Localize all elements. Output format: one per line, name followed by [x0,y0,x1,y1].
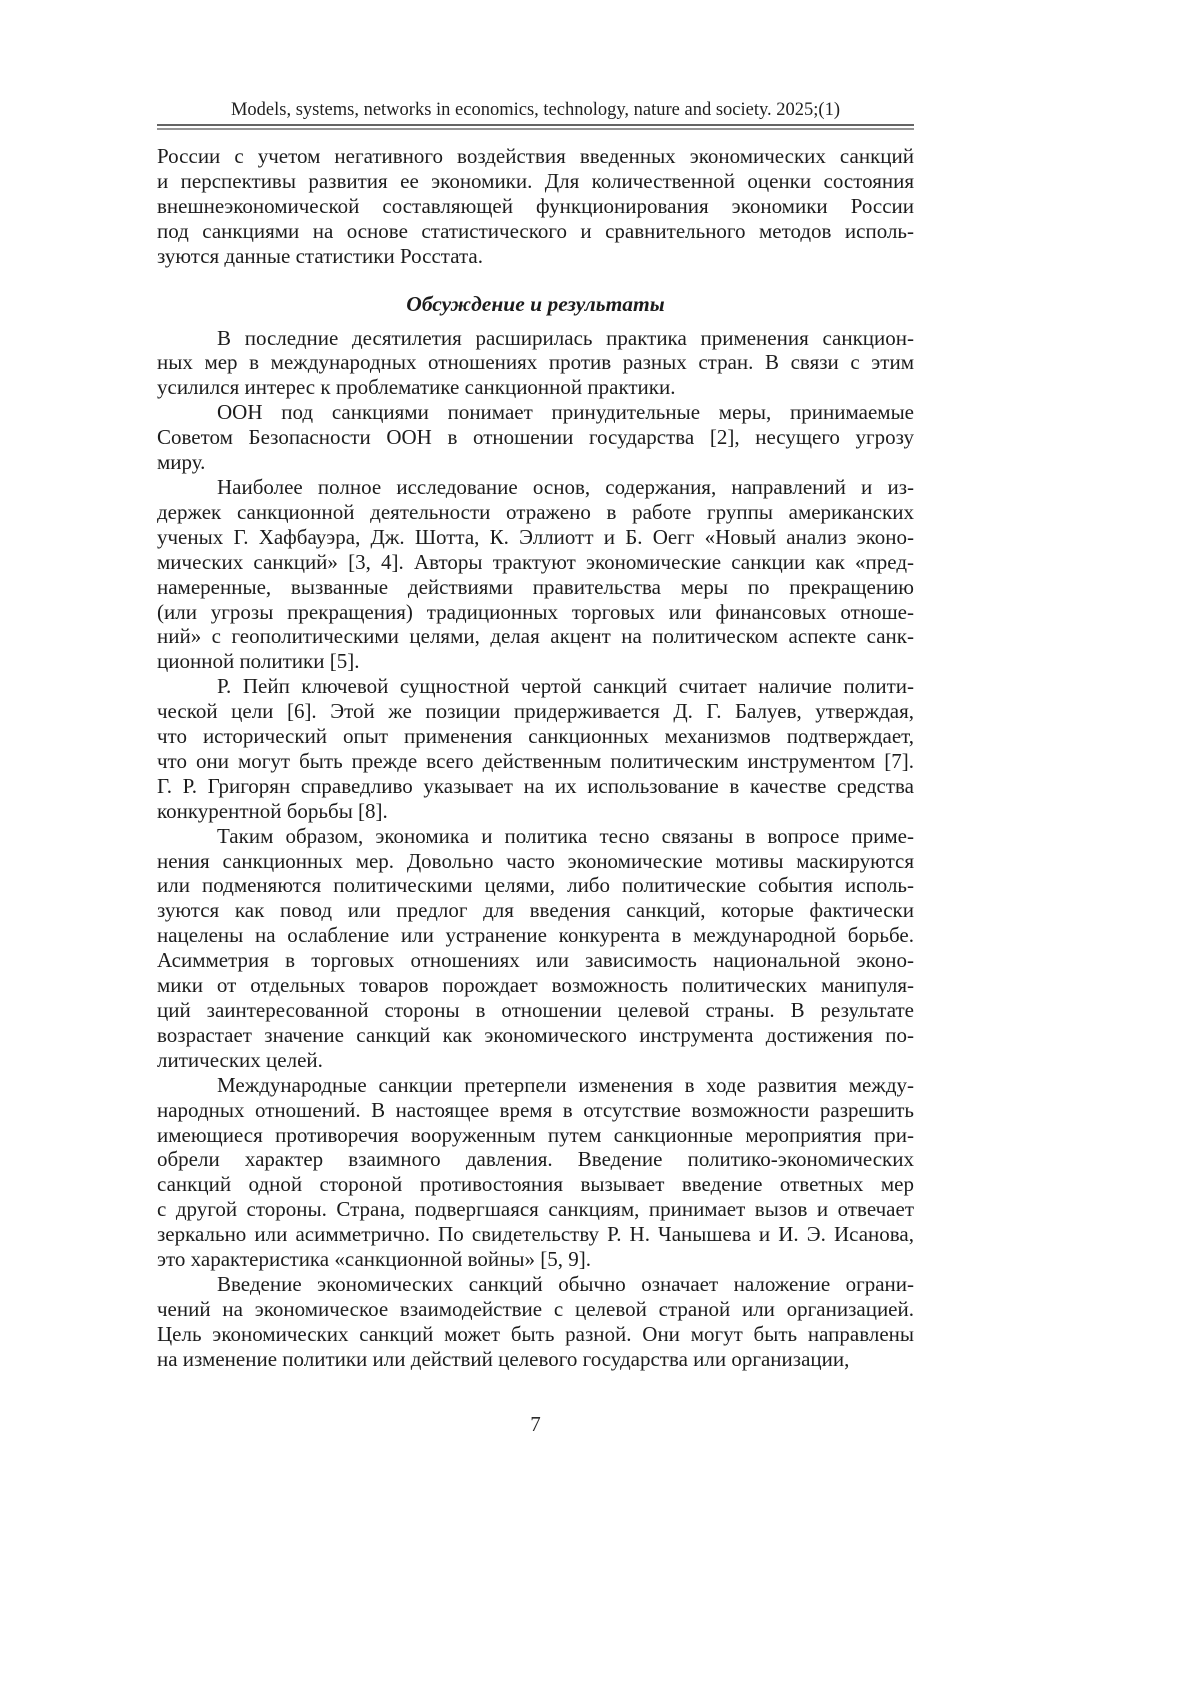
paragraph: В последние десятилетия расширилась прак… [157,326,914,401]
text-line: возрастает значение санкций как экономич… [157,1023,914,1048]
text-line: ООН под санкциями понимает принудительны… [157,400,914,425]
paragraph: Таким образом, экономика и политика тесн… [157,824,914,1073]
text-line: обрели характер взаимного давления. Введ… [157,1147,914,1172]
text-line: конкурентной борьбы [8]. [157,799,914,824]
paragraph: Введение экономических санкций обычно оз… [157,1272,914,1372]
text-line: на изменение политики или действий целев… [157,1347,914,1372]
section-heading: Обсуждение и результаты [157,292,914,317]
text-line: Советом Безопасности ООН в отношении гос… [157,425,914,450]
text-line: зеркально или асимметрично. По свидетель… [157,1222,914,1247]
text-line: Цель экономических санкций может быть ра… [157,1322,914,1347]
text-line: Р. Пейп ключевой сущностной чертой санкц… [157,674,914,699]
text-line: ных мер в международных отношениях проти… [157,350,914,375]
running-head: Models, systems, networks in economics, … [157,99,914,121]
text-line: Асимметрия в торговых отношениях или зав… [157,948,914,973]
text-line: что исторический опыт применения санкцио… [157,724,914,749]
text-line: ческой цели [6]. Этой же позиции придерж… [157,699,914,724]
text-line: народных отношений. В настоящее время в … [157,1098,914,1123]
text-line: Международные санкции претерпели изменен… [157,1073,914,1098]
paragraph: ООН под санкциями понимает принудительны… [157,400,914,475]
text-line: ний» с геополитическими целями, делая ак… [157,624,914,649]
page-number: 7 [157,1412,914,1437]
text-line: это характеристика «санкционной войны» [… [157,1247,914,1272]
text-line: чений на экономическое взаимодействие с … [157,1297,914,1322]
text-line: зуются данные статистики Росстата. [157,244,914,269]
text-line: имеющиеся противоречия вооруженным путем… [157,1123,914,1148]
text-line: Г. Р. Григорян справедливо указывает на … [157,774,914,799]
text-line: что они могут быть прежде всего действен… [157,749,914,774]
text-line: усилился интерес к проблематике санкцион… [157,375,914,400]
page-body: России с учетом негативного воздействия … [157,144,914,1372]
text-line: нацелены на ослабление или устранение ко… [157,923,914,948]
text-line: под санкциями на основе статистического … [157,219,914,244]
text-line: Введение экономических санкций обычно оз… [157,1272,914,1297]
paragraph: России с учетом негативного воздействия … [157,144,914,269]
text-line: мики от отдельных товаров порождает возм… [157,973,914,998]
text-line: нения санкционных мер. Довольно часто эк… [157,849,914,874]
paragraph: Р. Пейп ключевой сущностной чертой санкц… [157,674,914,823]
text-line: зуются как повод или предлог для введени… [157,898,914,923]
text-line: санкций одной стороной противостояния вы… [157,1172,914,1197]
paragraph: Международные санкции претерпели изменен… [157,1073,914,1272]
text-line: намеренные, вызванные действиями правите… [157,575,914,600]
text-line: с другой стороны. Страна, подвергшаяся с… [157,1197,914,1222]
text-line: ций заинтересованной стороны в отношении… [157,998,914,1023]
header-rule [157,124,914,130]
text-line: (или угрозы прекращения) традиционных то… [157,600,914,625]
text-line: держек санкционной деятельности отражено… [157,500,914,525]
text-line: и перспективы развития ее экономики. Для… [157,169,914,194]
text-line: В последние десятилетия расширилась прак… [157,326,914,351]
text-line: литических целей. [157,1048,914,1073]
text-line: России с учетом негативного воздействия … [157,144,914,169]
text-line: ционной политики [5]. [157,649,914,674]
page-content: Models, systems, networks in economics, … [157,99,914,1437]
text-line: или подменяются политическими целями, ли… [157,873,914,898]
journal-page: Models, systems, networks in economics, … [0,0,1200,1698]
text-line: внешнеэкономической составляющей функцио… [157,194,914,219]
text-line: миру. [157,450,914,475]
paragraph: Наиболее полное исследование основ, соде… [157,475,914,674]
text-line: ученых Г. Хафбауэра, Дж. Шотта, К. Эллио… [157,525,914,550]
text-line: Наиболее полное исследование основ, соде… [157,475,914,500]
text-line: Таким образом, экономика и политика тесн… [157,824,914,849]
text-line: мических санкций» [3, 4]. Авторы трактую… [157,550,914,575]
